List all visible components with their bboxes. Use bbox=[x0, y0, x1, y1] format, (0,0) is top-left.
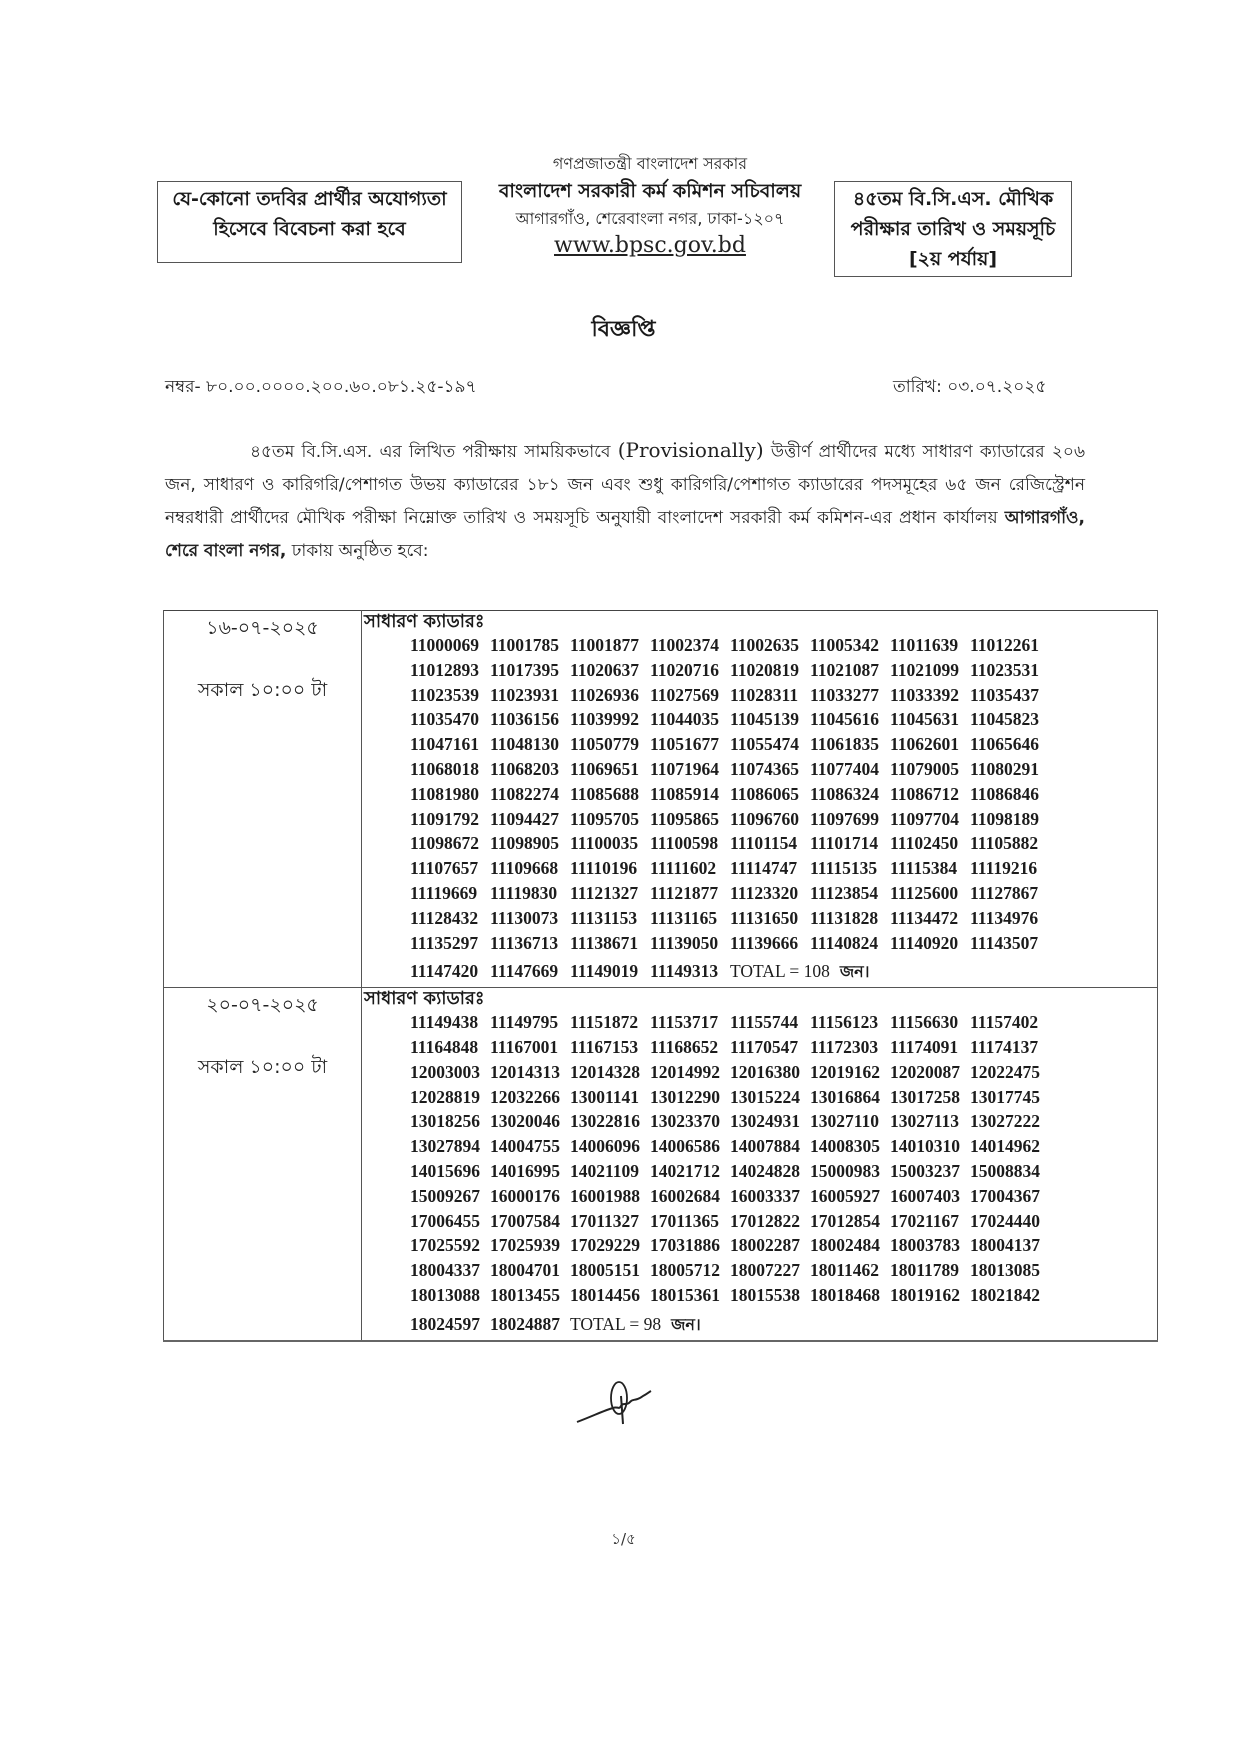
registration-number: 11096760 bbox=[730, 807, 810, 832]
registration-number: 13020046 bbox=[490, 1109, 570, 1134]
registration-row: 1202881912032266130011411301229013015224… bbox=[410, 1085, 1157, 1110]
registration-number: 16003337 bbox=[730, 1184, 810, 1209]
paragraph-provisionally: (Provisionally) bbox=[618, 438, 764, 462]
registration-number: 18003783 bbox=[890, 1233, 970, 1258]
registration-number: 11147669 bbox=[490, 959, 570, 984]
registration-number: 11095865 bbox=[650, 807, 730, 832]
registration-number: 11114747 bbox=[730, 856, 810, 881]
schedule-row: ১৬-০৭-২০২৫সকাল ১০:০০ টাসাধারণ ক্যাডারঃ11… bbox=[164, 611, 1158, 988]
registration-number: 11121327 bbox=[570, 881, 650, 906]
registration-number: 12014313 bbox=[490, 1060, 570, 1085]
registration-number: 11174091 bbox=[890, 1035, 970, 1060]
registration-number: 11139666 bbox=[730, 931, 810, 956]
registration-number: 11167001 bbox=[490, 1035, 570, 1060]
registration-number: 11105882 bbox=[970, 831, 1050, 856]
registration-number: 13001141 bbox=[570, 1085, 650, 1110]
registration-number: 11026936 bbox=[570, 683, 650, 708]
registration-number: 11134976 bbox=[970, 906, 1050, 931]
registration-row: 1702559217025939170292291703188618002287… bbox=[410, 1233, 1157, 1258]
registration-number: 18004701 bbox=[490, 1258, 570, 1283]
office-name: বাংলাদেশ সরকারী কর্ম কমিশন সচিবালয় bbox=[470, 176, 830, 206]
registration-number: 12019162 bbox=[810, 1060, 890, 1085]
registration-number: 11100035 bbox=[570, 831, 650, 856]
registration-row: 1110765711109668111101961111160211114747… bbox=[410, 856, 1157, 881]
registration-number: 17024440 bbox=[970, 1209, 1050, 1234]
registration-number: 11048130 bbox=[490, 732, 570, 757]
registration-number: 11045139 bbox=[730, 707, 810, 732]
registration-number: 14008305 bbox=[810, 1134, 890, 1159]
registration-number: 11035437 bbox=[970, 683, 1050, 708]
registration-number: 11011639 bbox=[890, 633, 970, 658]
total-count: TOTAL = 108 bbox=[730, 961, 830, 981]
paragraph-part-1: ৪৫তম বি.সি.এস. এর লিখিত পরীক্ষায় সাময়ি… bbox=[250, 442, 618, 462]
registration-number: 11168652 bbox=[650, 1035, 730, 1060]
memo-date: তারিখ: ০৩.০৭.২০২৫ bbox=[893, 374, 1046, 402]
registration-number: 11131828 bbox=[810, 906, 890, 931]
registration-row: 1116484811167001111671531116865211170547… bbox=[410, 1035, 1157, 1060]
registration-number: 17006455 bbox=[410, 1209, 490, 1234]
registration-number: 11131650 bbox=[730, 906, 810, 931]
registration-number: 11170547 bbox=[730, 1035, 810, 1060]
registration-number: 11020637 bbox=[570, 658, 650, 683]
registration-number: 11136713 bbox=[490, 931, 570, 956]
registration-number: 11157402 bbox=[970, 1010, 1050, 1035]
registration-number: 11098672 bbox=[410, 831, 490, 856]
registration-number: 18015361 bbox=[650, 1283, 730, 1308]
exam-schedule-box: ৪৫তম বি.সি.এস. মৌখিক পরীক্ষার তারিখ ও সম… bbox=[834, 181, 1072, 277]
total-count: TOTAL = 98 bbox=[570, 1314, 661, 1334]
registration-number: 11021099 bbox=[890, 658, 970, 683]
registration-number: 11100598 bbox=[650, 831, 730, 856]
exam-date: ১৬-০৭-২০২৫ bbox=[164, 615, 361, 641]
registration-number: 11079005 bbox=[890, 757, 970, 782]
registration-number: 17011365 bbox=[650, 1209, 730, 1234]
registration-number: 11125600 bbox=[890, 881, 970, 906]
registration-number: 16001988 bbox=[570, 1184, 650, 1209]
registration-number: 17025592 bbox=[410, 1233, 490, 1258]
registration-number: 12014328 bbox=[570, 1060, 650, 1085]
government-header: গণপ্রজাতন্ত্রী বাংলাদেশ সরকার বাংলাদেশ স… bbox=[470, 152, 830, 260]
page-number: ১/৫ bbox=[0, 1528, 1247, 1553]
registration-number: 18005151 bbox=[570, 1258, 650, 1283]
memo-number: নম্বর- ৮০.০০.০০০০.২০০.৬০.০৮১.২৫-১৯৭ bbox=[165, 374, 477, 402]
registration-number: 13012290 bbox=[650, 1085, 730, 1110]
exam-date: ২০-০৭-২০২৫ bbox=[164, 992, 361, 1018]
registration-number: 13018256 bbox=[410, 1109, 490, 1134]
registration-number: 11110196 bbox=[570, 856, 650, 881]
registration-number: 18007227 bbox=[730, 1258, 810, 1283]
exam-box-line-2: পরীক্ষার তারিখ ও সময়সূচি bbox=[835, 214, 1071, 244]
registration-number: 11000069 bbox=[410, 633, 490, 658]
registration-number: 11156123 bbox=[810, 1010, 890, 1035]
registration-number: 14006586 bbox=[650, 1134, 730, 1159]
registration-number: 11074365 bbox=[730, 757, 810, 782]
registration-number: 13015224 bbox=[730, 1085, 810, 1110]
registration-number: 11102450 bbox=[890, 831, 970, 856]
registration-number: 11164848 bbox=[410, 1035, 490, 1060]
registration-number: 11101714 bbox=[810, 831, 890, 856]
registration-number: 11123854 bbox=[810, 881, 890, 906]
registration-number: 12014992 bbox=[650, 1060, 730, 1085]
registration-number: 17007584 bbox=[490, 1209, 570, 1234]
schedule-date-cell: ২০-০৭-২০২৫সকাল ১০:০০ টা bbox=[164, 988, 362, 1341]
paragraph-part-3: ঢাকায় অনুষ্ঠিত হবে: bbox=[286, 541, 428, 561]
exam-time: সকাল ১০:০০ টা bbox=[164, 1054, 361, 1080]
registration-number: 15003237 bbox=[890, 1159, 970, 1184]
registration-number: 11149019 bbox=[570, 959, 650, 984]
registration-number: 11005342 bbox=[810, 633, 890, 658]
registration-number: 13017258 bbox=[890, 1085, 970, 1110]
registration-number: 11130073 bbox=[490, 906, 570, 931]
registration-number: 11065646 bbox=[970, 732, 1050, 757]
exam-time: সকাল ১০:০০ টা bbox=[164, 677, 361, 703]
registration-number: 15009267 bbox=[410, 1184, 490, 1209]
registration-number: 11002374 bbox=[650, 633, 730, 658]
registration-number: 17011327 bbox=[570, 1209, 650, 1234]
government-name: গণপ্রজাতন্ত্রী বাংলাদেশ সরকার bbox=[470, 152, 830, 176]
registration-number: 13022816 bbox=[570, 1109, 650, 1134]
registration-number: 17025939 bbox=[490, 1233, 570, 1258]
registration-number: 11134472 bbox=[890, 906, 970, 931]
registration-number: 11095705 bbox=[570, 807, 650, 832]
registration-number: 14024828 bbox=[730, 1159, 810, 1184]
registration-number: 18019162 bbox=[890, 1283, 970, 1308]
registration-number: 11127867 bbox=[970, 881, 1050, 906]
registration-row: 1500926716000176160019881600268416003337… bbox=[410, 1184, 1157, 1209]
schedule-date-cell: ১৬-০৭-২০২৫সকাল ১০:০০ টা bbox=[164, 611, 362, 988]
registration-row: 1109179211094427110957051109586511096760… bbox=[410, 807, 1157, 832]
registration-number: 11033277 bbox=[810, 683, 890, 708]
registration-number: 14010310 bbox=[890, 1134, 970, 1159]
registration-number: 11068018 bbox=[410, 757, 490, 782]
registration-number: 13027113 bbox=[890, 1109, 970, 1134]
registration-number: 11036156 bbox=[490, 707, 570, 732]
registration-number: 11123320 bbox=[730, 881, 810, 906]
registration-number: 17012854 bbox=[810, 1209, 890, 1234]
signature bbox=[575, 1380, 655, 1440]
registration-number: 18015538 bbox=[730, 1283, 810, 1308]
registration-number: 11135297 bbox=[410, 931, 490, 956]
registration-number: 14021712 bbox=[650, 1159, 730, 1184]
registration-number: 14006096 bbox=[570, 1134, 650, 1159]
notice-title: বিজ্ঞপ্তি bbox=[0, 312, 1247, 349]
registration-number: 11155744 bbox=[730, 1010, 810, 1035]
registration-number: 11080291 bbox=[970, 757, 1050, 782]
registration-number: 11045616 bbox=[810, 707, 890, 732]
registration-number: 11002635 bbox=[730, 633, 810, 658]
registration-number: 18013088 bbox=[410, 1283, 490, 1308]
registration-row: 1111966911119830111213271112187711123320… bbox=[410, 881, 1157, 906]
notice-box-line-2: হিসেবে বিবেচনা করা হবে bbox=[158, 214, 461, 244]
registration-number: 11115384 bbox=[890, 856, 970, 881]
registration-number: 11097699 bbox=[810, 807, 890, 832]
registration-number: 11149795 bbox=[490, 1010, 570, 1035]
registration-number: 18013455 bbox=[490, 1283, 570, 1308]
registration-number: 11107657 bbox=[410, 856, 490, 881]
registration-number: 11109668 bbox=[490, 856, 570, 881]
registration-number: 11085688 bbox=[570, 782, 650, 807]
office-address: আগারগাঁও, শেরেবাংলা নগর, ঢাকা-১২০৭ bbox=[470, 206, 830, 232]
registration-row: 1401569614016995140211091402171214024828… bbox=[410, 1159, 1157, 1184]
registration-row: 1102353911023931110269361102756911028311… bbox=[410, 683, 1157, 708]
registration-number: 11086712 bbox=[890, 782, 970, 807]
registration-number: 11044035 bbox=[650, 707, 730, 732]
registration-number: 18021842 bbox=[970, 1283, 1050, 1308]
registration-number: 12003003 bbox=[410, 1060, 490, 1085]
registration-number: 14004755 bbox=[490, 1134, 570, 1159]
registration-number: 11149438 bbox=[410, 1010, 490, 1035]
registration-number: 14021109 bbox=[570, 1159, 650, 1184]
registration-number: 18014456 bbox=[570, 1283, 650, 1308]
registration-number: 11111602 bbox=[650, 856, 730, 881]
registration-number: 11020819 bbox=[730, 658, 810, 683]
registration-number: 17029229 bbox=[570, 1233, 650, 1258]
registration-number: 13027110 bbox=[810, 1109, 890, 1134]
registration-row: 1103547011036156110399921104403511045139… bbox=[410, 707, 1157, 732]
registration-number: 11119830 bbox=[490, 881, 570, 906]
registration-number: 11069651 bbox=[570, 757, 650, 782]
registration-row: 1100006911001785110018771100237411002635… bbox=[410, 633, 1157, 658]
registration-number: 11017395 bbox=[490, 658, 570, 683]
registration-number: 12032266 bbox=[490, 1085, 570, 1110]
registration-number: 12020087 bbox=[890, 1060, 970, 1085]
registration-number: 14016995 bbox=[490, 1159, 570, 1184]
registration-number: 18002287 bbox=[730, 1233, 810, 1258]
registration-number: 11051677 bbox=[650, 732, 730, 757]
registration-number: 11035470 bbox=[410, 707, 490, 732]
registration-number: 11147420 bbox=[410, 959, 490, 984]
registration-number: 11012261 bbox=[970, 633, 1050, 658]
registration-number: 11091792 bbox=[410, 807, 490, 832]
registration-number: 13027222 bbox=[970, 1109, 1050, 1134]
registration-row: 1112843211130073111311531113116511131650… bbox=[410, 906, 1157, 931]
registration-number: 11062601 bbox=[890, 732, 970, 757]
registration-number: 11023531 bbox=[970, 658, 1050, 683]
registration-row: 1104716111048130110507791105167711055474… bbox=[410, 732, 1157, 757]
registration-row: 1106801811068203110696511107196411074365… bbox=[410, 757, 1157, 782]
registration-row: 1302789414004755140060961400658614007884… bbox=[410, 1134, 1157, 1159]
registration-number: 11023539 bbox=[410, 683, 490, 708]
registration-number: 11131165 bbox=[650, 906, 730, 931]
schedule-row: ২০-০৭-২০২৫সকাল ১০:০০ টাসাধারণ ক্যাডারঃ11… bbox=[164, 988, 1158, 1341]
registration-number: 11001877 bbox=[570, 633, 650, 658]
registration-number: 13024931 bbox=[730, 1109, 810, 1134]
registration-number: 14015696 bbox=[410, 1159, 490, 1184]
registration-number: 18024887 bbox=[490, 1312, 570, 1337]
registration-row: 1108198011082274110856881108591411086065… bbox=[410, 782, 1157, 807]
registration-number: 11101154 bbox=[730, 831, 810, 856]
cadre-heading: সাধারণ ক্যাডারঃ bbox=[364, 611, 1157, 633]
registration-row: 1802459718024887TOTAL = 98জন। bbox=[410, 1312, 1157, 1340]
registration-number: 12022475 bbox=[970, 1060, 1050, 1085]
registration-number: 18004137 bbox=[970, 1233, 1050, 1258]
registration-row: 1700645517007584170113271701136517012822… bbox=[410, 1209, 1157, 1234]
exam-box-line-3: [২য় পর্যায়] bbox=[835, 244, 1071, 274]
total-unit: জন। bbox=[671, 1315, 701, 1334]
exam-box-line-1: ৪৫তম বি.সি.এস. মৌখিক bbox=[835, 184, 1071, 214]
cadre-heading: সাধারণ ক্যাডারঃ bbox=[364, 988, 1157, 1010]
registration-number: 11153717 bbox=[650, 1010, 730, 1035]
registration-number: 11097704 bbox=[890, 807, 970, 832]
registration-number: 11047161 bbox=[410, 732, 490, 757]
registration-number: 11020716 bbox=[650, 658, 730, 683]
registration-number: 11128432 bbox=[410, 906, 490, 931]
registration-number: 14014962 bbox=[970, 1134, 1050, 1159]
registration-number: 14007884 bbox=[730, 1134, 810, 1159]
registration-row: 1101289311017395110206371102071611020819… bbox=[410, 658, 1157, 683]
registration-number: 18011462 bbox=[810, 1258, 890, 1283]
registration-number: 18018468 bbox=[810, 1283, 890, 1308]
registration-number: 11001785 bbox=[490, 633, 570, 658]
registration-number: 11039992 bbox=[570, 707, 650, 732]
registration-number: 11172303 bbox=[810, 1035, 890, 1060]
registration-number: 13016864 bbox=[810, 1085, 890, 1110]
registration-list-cell: সাধারণ ক্যাডারঃ1114943811149795111518721… bbox=[362, 988, 1158, 1341]
registration-number: 11085914 bbox=[650, 782, 730, 807]
registration-row: 1113529711136713111386711113905011139666… bbox=[410, 931, 1157, 956]
registration-number: 15000983 bbox=[810, 1159, 890, 1184]
registration-number: 17004367 bbox=[970, 1184, 1050, 1209]
registration-number: 11151872 bbox=[570, 1010, 650, 1035]
registration-list-cell: সাধারণ ক্যাডারঃ1100006911001785110018771… bbox=[362, 611, 1158, 988]
registration-number: 18002484 bbox=[810, 1233, 890, 1258]
registration-number: 11023931 bbox=[490, 683, 570, 708]
registration-number: 13017745 bbox=[970, 1085, 1050, 1110]
registration-row: 1301825613020046130228161302337013024931… bbox=[410, 1109, 1157, 1134]
registration-number: 11055474 bbox=[730, 732, 810, 757]
registration-number: 11012893 bbox=[410, 658, 490, 683]
registration-number: 11174137 bbox=[970, 1035, 1050, 1060]
registration-number: 11045823 bbox=[970, 707, 1050, 732]
registration-number: 11098189 bbox=[970, 807, 1050, 832]
registration-number: 11138671 bbox=[570, 931, 650, 956]
registration-number: 11167153 bbox=[570, 1035, 650, 1060]
registration-number: 11094427 bbox=[490, 807, 570, 832]
registration-number: 11068203 bbox=[490, 757, 570, 782]
notice-paragraph: ৪৫তম বি.সি.এস. এর লিখিত পরীক্ষায় সাময়ি… bbox=[165, 434, 1085, 568]
registration-number: 17031886 bbox=[650, 1233, 730, 1258]
notice-box-line-1: যে-কোনো তদবির প্রার্থীর অযোগ্যতা bbox=[158, 184, 461, 214]
registration-number: 11027569 bbox=[650, 683, 730, 708]
registration-number: 11156630 bbox=[890, 1010, 970, 1035]
registration-number: 11028311 bbox=[730, 683, 810, 708]
registration-number: 16007403 bbox=[890, 1184, 970, 1209]
notice-box-no-lobbying: যে-কোনো তদবির প্রার্থীর অযোগ্যতা হিসেবে … bbox=[157, 181, 462, 263]
registration-numbers: 1114943811149795111518721115371711155744… bbox=[410, 1010, 1157, 1339]
registration-number: 18011789 bbox=[890, 1258, 970, 1283]
registration-number: 11149313 bbox=[650, 959, 730, 984]
registration-numbers: 1100006911001785110018771100237411002635… bbox=[410, 633, 1157, 987]
registration-number: 11143507 bbox=[970, 931, 1050, 956]
registration-number: 11082274 bbox=[490, 782, 570, 807]
registration-number: 11045631 bbox=[890, 707, 970, 732]
registration-row: 1200300312014313120143281201499212016380… bbox=[410, 1060, 1157, 1085]
registration-number: 12016380 bbox=[730, 1060, 810, 1085]
registration-row: 1801308818013455180144561801536118015538… bbox=[410, 1283, 1157, 1308]
registration-number: 18004337 bbox=[410, 1258, 490, 1283]
registration-number: 18013085 bbox=[970, 1258, 1050, 1283]
registration-number: 18024597 bbox=[410, 1312, 490, 1337]
registration-row: 1114943811149795111518721115371711155744… bbox=[410, 1010, 1157, 1035]
registration-number: 15008834 bbox=[970, 1159, 1050, 1184]
registration-number: 11115135 bbox=[810, 856, 890, 881]
schedule-table: ১৬-০৭-২০২৫সকাল ১০:০০ টাসাধারণ ক্যাডারঃ11… bbox=[163, 610, 1158, 1342]
registration-number: 11098905 bbox=[490, 831, 570, 856]
registration-number: 16005927 bbox=[810, 1184, 890, 1209]
registration-number: 12028819 bbox=[410, 1085, 490, 1110]
registration-number: 11021087 bbox=[810, 658, 890, 683]
registration-number: 16000176 bbox=[490, 1184, 570, 1209]
registration-number: 11050779 bbox=[570, 732, 650, 757]
registration-number: 11119216 bbox=[970, 856, 1050, 881]
registration-number: 11081980 bbox=[410, 782, 490, 807]
registration-number: 11139050 bbox=[650, 931, 730, 956]
registration-number: 17021167 bbox=[890, 1209, 970, 1234]
registration-number: 17012822 bbox=[730, 1209, 810, 1234]
registration-number: 11119669 bbox=[410, 881, 490, 906]
registration-number: 11071964 bbox=[650, 757, 730, 782]
registration-number: 11140920 bbox=[890, 931, 970, 956]
registration-number: 11121877 bbox=[650, 881, 730, 906]
registration-number: 11077404 bbox=[810, 757, 890, 782]
registration-number: 13027894 bbox=[410, 1134, 490, 1159]
registration-row: 11147420111476691114901911149313TOTAL = … bbox=[410, 959, 1157, 987]
registration-number: 13023370 bbox=[650, 1109, 730, 1134]
registration-number: 16002684 bbox=[650, 1184, 730, 1209]
registration-number: 11131153 bbox=[570, 906, 650, 931]
registration-number: 11061835 bbox=[810, 732, 890, 757]
website-link[interactable]: www.bpsc.gov.bd bbox=[470, 232, 830, 260]
registration-number: 11086846 bbox=[970, 782, 1050, 807]
registration-number: 18005712 bbox=[650, 1258, 730, 1283]
registration-number: 11086065 bbox=[730, 782, 810, 807]
registration-row: 1109867211098905111000351110059811101154… bbox=[410, 831, 1157, 856]
registration-number: 11140824 bbox=[810, 931, 890, 956]
total-unit: জন। bbox=[840, 962, 870, 981]
registration-number: 11033392 bbox=[890, 683, 970, 708]
registration-number: 11086324 bbox=[810, 782, 890, 807]
registration-row: 1800433718004701180051511800571218007227… bbox=[410, 1258, 1157, 1283]
